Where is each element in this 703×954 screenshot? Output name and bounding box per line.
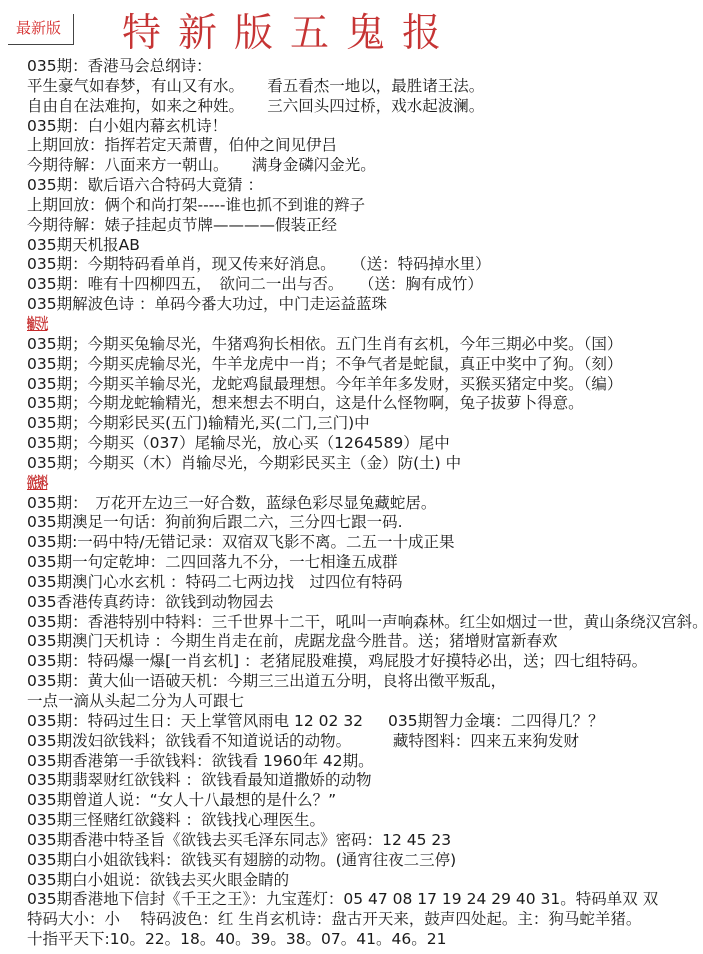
report-line: 今期待解：八面来方一朝山。 满身金磷闪金光。 xyxy=(27,156,703,176)
report-line: 035期：唯有十四柳四五， 欲问二一出与否。 （送：胸有成竹） xyxy=(27,275,703,295)
line-text: 035期：唯有十四柳四五， 欲问二一出与否。 （送：胸有成竹） xyxy=(27,275,483,293)
line-text: 035期天机报AB xyxy=(27,236,140,254)
report-line: 035期：黄大仙一语破天机：今期三三出道五分明，良将出徵平叛乱， xyxy=(27,672,703,692)
section-header-line: 输尽光 xyxy=(27,315,703,335)
report-line: 035期；今期买（037）尾输尽光，放心买（1264589）尾中 xyxy=(27,434,703,454)
report-line: 035期香港地下信封《千王之王》：九宝莲灯：05 47 08 17 19 24 … xyxy=(27,890,703,910)
line-text: 035期香港中特圣旨《欲钱去买毛泽东同志》密码：12 45 23 xyxy=(27,831,451,849)
line-text: 035期；今期龙蛇输精光，想来想去不明白，这是什么怪物啊，兔子拔萝卜得意。 xyxy=(27,394,584,412)
line-text-right-column: 035期智力金壤：二四得几？？ xyxy=(388,712,604,732)
line-text: 035期：白小姐内幕玄机诗！ xyxy=(27,117,227,135)
report-line: 035期:一码中特/无错记录：双宿双飞影不离。二五一十成正果 xyxy=(27,533,703,553)
report-line: 一点一滴从头起二分为人可跟七 xyxy=(27,692,703,712)
line-text: 035期；今期买兔输尽光，牛猪鸡狗长相依。五门生肖有玄机，今年三期必中奖。（国） xyxy=(27,335,622,353)
report-line: 035期香港中特圣旨《欲钱去买毛泽东同志》密码：12 45 23 xyxy=(27,831,703,851)
line-text: 035期翡翠财红欲钱料 ：欲钱看最知道撒娇的动物 xyxy=(27,771,372,789)
line-text: 上期回放：俩个和尚打架-----谁也抓不到谁的辫子 xyxy=(27,196,365,214)
line-text: 平生豪气如春梦，有山又有水。 看五看杰一地以，最胜诸王法。 xyxy=(27,77,484,95)
report-line: 035期： 万花开左边三一好合数，蓝绿色彩尽显兔藏蛇居。 xyxy=(27,494,703,514)
report-line: 035期曾道人说：“女人十八最想的是什么？” xyxy=(27,791,703,811)
line-text: 上期回放：指挥若定天萧曹，伯仲之间见伊吕 xyxy=(27,136,337,154)
report-line: 035期：特码过生日：天上掌管风雨电 12 02 32035期智力金壤：二四得几… xyxy=(27,712,703,732)
five-ghost-report-page: 最新版 特新版五鬼报 035期：香港马会总纲诗：平生豪气如春梦，有山又有水。 看… xyxy=(0,0,703,954)
report-line: 035期：歇后语六合特码大竟猜 ： xyxy=(27,176,703,196)
line-text: 035期澳足一句话：狗前狗后跟二六，三分四七跟一码. xyxy=(27,513,403,531)
report-line: 035期：香港马会总纲诗： xyxy=(27,57,703,77)
page-title: 特新版五鬼报 xyxy=(122,2,458,58)
report-line: 035期；今期龙蛇输精光，想来想去不明白，这是什么怪物啊，兔子拔萝卜得意。 xyxy=(27,394,703,414)
report-line: 035期翡翠财红欲钱料 ：欲钱看最知道撒娇的动物 xyxy=(27,771,703,791)
report-line: 035期天机报AB xyxy=(27,236,703,256)
report-line: 035期白小姐欲钱料：欲钱买有翅膀的动物。(通宵往夜二三停) xyxy=(27,851,703,871)
report-line: 035期解波色诗 ：单码今番大功过，中门走运益蓝珠 xyxy=(27,295,703,315)
report-line: 十指平天下:10。22。18。40。39。38。07。41。46。21 xyxy=(27,930,703,950)
report-line: 035期；今期彩民买(五门)输精光,买(二门,三门)中 xyxy=(27,414,703,434)
line-text: 特码大小：小 特码波色：红 生肖玄机诗：盘古开天来，鼓声四处起。主：狗马蛇羊猪。 xyxy=(27,910,641,928)
line-text: 今期待解：婊子挂起贞节牌————假装正经 xyxy=(27,216,337,234)
line-text: 035期：黄大仙一语破天机：今期三三出道五分明，良将出徵平叛乱， xyxy=(27,672,506,690)
line-text: 035期： 万花开左边三一好合数，蓝绿色彩尽显兔藏蛇居。 xyxy=(27,494,436,512)
line-text: 035期泼妇欲钱料；欲钱看不知道说话的动物。 xyxy=(27,732,351,750)
line-text: 035期澳门天机诗 ：今期生肖走在前，虎踞龙盘今胜昔。送；猪增财富新春欢 xyxy=(27,632,558,650)
line-text: 035期：特码过生日：天上掌管风雨电 12 02 32 xyxy=(27,712,363,730)
report-line: 035期澳门天机诗 ：今期生肖走在前，虎踞龙盘今胜昔。送；猪增财富新春欢 xyxy=(27,632,703,652)
report-line: 035期：香港特别中特料：三千世界十二干，吼叫一声响森林。红尘如烟过一世，黄山条… xyxy=(27,613,703,633)
report-line: 特码大小：小 特码波色：红 生肖玄机诗：盘古开天来，鼓声四处起。主：狗马蛇羊猪。 xyxy=(27,910,703,930)
section-header-text: 输尽光 xyxy=(27,315,47,335)
section-header-text: 欲钱料 xyxy=(27,474,47,494)
report-line: 035期：白小姐内幕玄机诗！ xyxy=(27,117,703,137)
line-text: 035期；今期买羊输尽光，龙蛇鸡鼠最理想。今年羊年多发财，买猴买猪定中奖。（编） xyxy=(27,375,622,393)
line-text: 035期；今期买（木）肖输尽光，今期彩民买主（金）防(土) 中 xyxy=(27,454,461,472)
line-text: 035香港传真药诗：欲钱到动物园去 xyxy=(27,593,274,611)
line-text: 一点一滴从头起二分为人可跟七 xyxy=(27,692,244,710)
edition-badge: 最新版 xyxy=(8,14,74,45)
report-line: 上期回放：俩个和尚打架-----谁也抓不到谁的辫子 xyxy=(27,196,703,216)
line-text: 035期一句定乾坤：二四回落九不分，一七相逢五成群 xyxy=(27,553,398,571)
line-text: 035期澳门心水玄机 ：特码二七两边找 过四位有特码 xyxy=(27,573,403,591)
report-line: 035期澳门心水玄机 ：特码二七两边找 过四位有特码 xyxy=(27,573,703,593)
report-line: 035期；今期买羊输尽光，龙蛇鸡鼠最理想。今年羊年多发财，买猴买猪定中奖。（编） xyxy=(27,375,703,395)
line-text: 035期；今期买虎输尽光，牛羊龙虎中一肖；不争气者是蛇鼠，真正中奖中了狗。（刻） xyxy=(27,355,622,373)
line-text: 035期曾道人说：“女人十八最想的是什么？” xyxy=(27,791,336,809)
line-text: 035期解波色诗 ：单码今番大功过，中门走运益蓝珠 xyxy=(27,295,387,313)
line-text: 035期：今期特码看单肖，现又传来好消息。 （送：特码掉水里） xyxy=(27,255,491,273)
report-line: 035期；今期买虎输尽光，牛羊龙虎中一肖；不争气者是蛇鼠，真正中奖中了狗。（刻） xyxy=(27,355,703,375)
line-text: 今期待解：八面来方一朝山。 满身金磷闪金光。 xyxy=(27,156,376,174)
line-text: 035期三怪赌红欲錢料 ：欲钱找心理医生。 xyxy=(27,811,325,829)
line-text: 十指平天下:10。22。18。40。39。38。07。41。46。21 xyxy=(27,930,446,948)
line-text: 035期香港地下信封《千王之王》：九宝莲灯：05 47 08 17 19 24 … xyxy=(27,890,658,908)
report-line: 035香港传真药诗：欲钱到动物园去 xyxy=(27,593,703,613)
report-line: 035期泼妇欲钱料；欲钱看不知道说话的动物。 藏特图料：四来五来狗发财 xyxy=(27,732,703,752)
section-header-line: 欲钱料 xyxy=(27,474,703,494)
report-line: 035期香港第一手欲钱料：欲钱看 1960年 42期。 xyxy=(27,752,703,772)
report-line: 035期；今期买（木）肖输尽光，今期彩民买主（金）防(土) 中 xyxy=(27,454,703,474)
report-line: 035期一句定乾坤：二四回落九不分，一七相逢五成群 xyxy=(27,553,703,573)
line-text: 035期：香港马会总纲诗： xyxy=(27,57,212,75)
line-text-right-column: 藏特图料：四来五来狗发财 xyxy=(388,732,579,752)
report-line: 035期：今期特码看单肖，现又传来好消息。 （送：特码掉水里） xyxy=(27,255,703,275)
line-text: 035期：歇后语六合特码大竟猜 ： xyxy=(27,176,263,194)
report-line: 上期回放：指挥若定天萧曹，伯仲之间见伊吕 xyxy=(27,136,703,156)
line-text: 035期：特码爆一爆[一肖玄机] ：老猪屁股难摸，鸡屁股才好摸特必出，送；四七组… xyxy=(27,652,647,670)
line-text: 035期白小姐欲钱料：欲钱买有翅膀的动物。(通宵往夜二三停) xyxy=(27,851,456,869)
report-line: 035期三怪赌红欲錢料 ：欲钱找心理医生。 xyxy=(27,811,703,831)
line-text: 035期；今期买（037）尾输尽光，放心买（1264589）尾中 xyxy=(27,434,450,452)
report-line: 035期；今期买兔输尽光，牛猪鸡狗长相依。五门生肖有玄机，今年三期必中奖。（国） xyxy=(27,335,703,355)
report-line: 平生豪气如春梦，有山又有水。 看五看杰一地以，最胜诸王法。 xyxy=(27,77,703,97)
report-line: 今期待解：婊子挂起贞节牌————假装正经 xyxy=(27,216,703,236)
line-text: 035期:一码中特/无错记录：双宿双飞影不离。二五一十成正果 xyxy=(27,533,455,551)
line-text: 035期：香港特别中特料：三千世界十二干，吼叫一声响森林。红尘如烟过一世，黄山条… xyxy=(27,613,703,631)
report-line: 035期：特码爆一爆[一肖玄机] ：老猪屁股难摸，鸡屁股才好摸特必出，送；四七组… xyxy=(27,652,703,672)
report-line: 自由自在法难拘，如来之种姓。 三六回头四过桥，戏水起波澜。 xyxy=(27,97,703,117)
line-text: 035期；今期彩民买(五门)输精光,买(二门,三门)中 xyxy=(27,414,370,432)
report-line: 035期澳足一句话：狗前狗后跟二六，三分四七跟一码. xyxy=(27,513,703,533)
report-header: 最新版 特新版五鬼报 xyxy=(0,0,703,57)
line-text: 035期白小姐说：欲钱去买火眼金睛的 xyxy=(27,871,289,889)
line-text: 035期香港第一手欲钱料：欲钱看 1960年 42期。 xyxy=(27,752,374,770)
report-body: 035期：香港马会总纲诗：平生豪气如春梦，有山又有水。 看五看杰一地以，最胜诸王… xyxy=(0,57,703,950)
line-text: 自由自在法难拘，如来之种姓。 三六回头四过桥，戏水起波澜。 xyxy=(27,97,484,115)
report-line: 035期白小姐说：欲钱去买火眼金睛的 xyxy=(27,871,703,891)
